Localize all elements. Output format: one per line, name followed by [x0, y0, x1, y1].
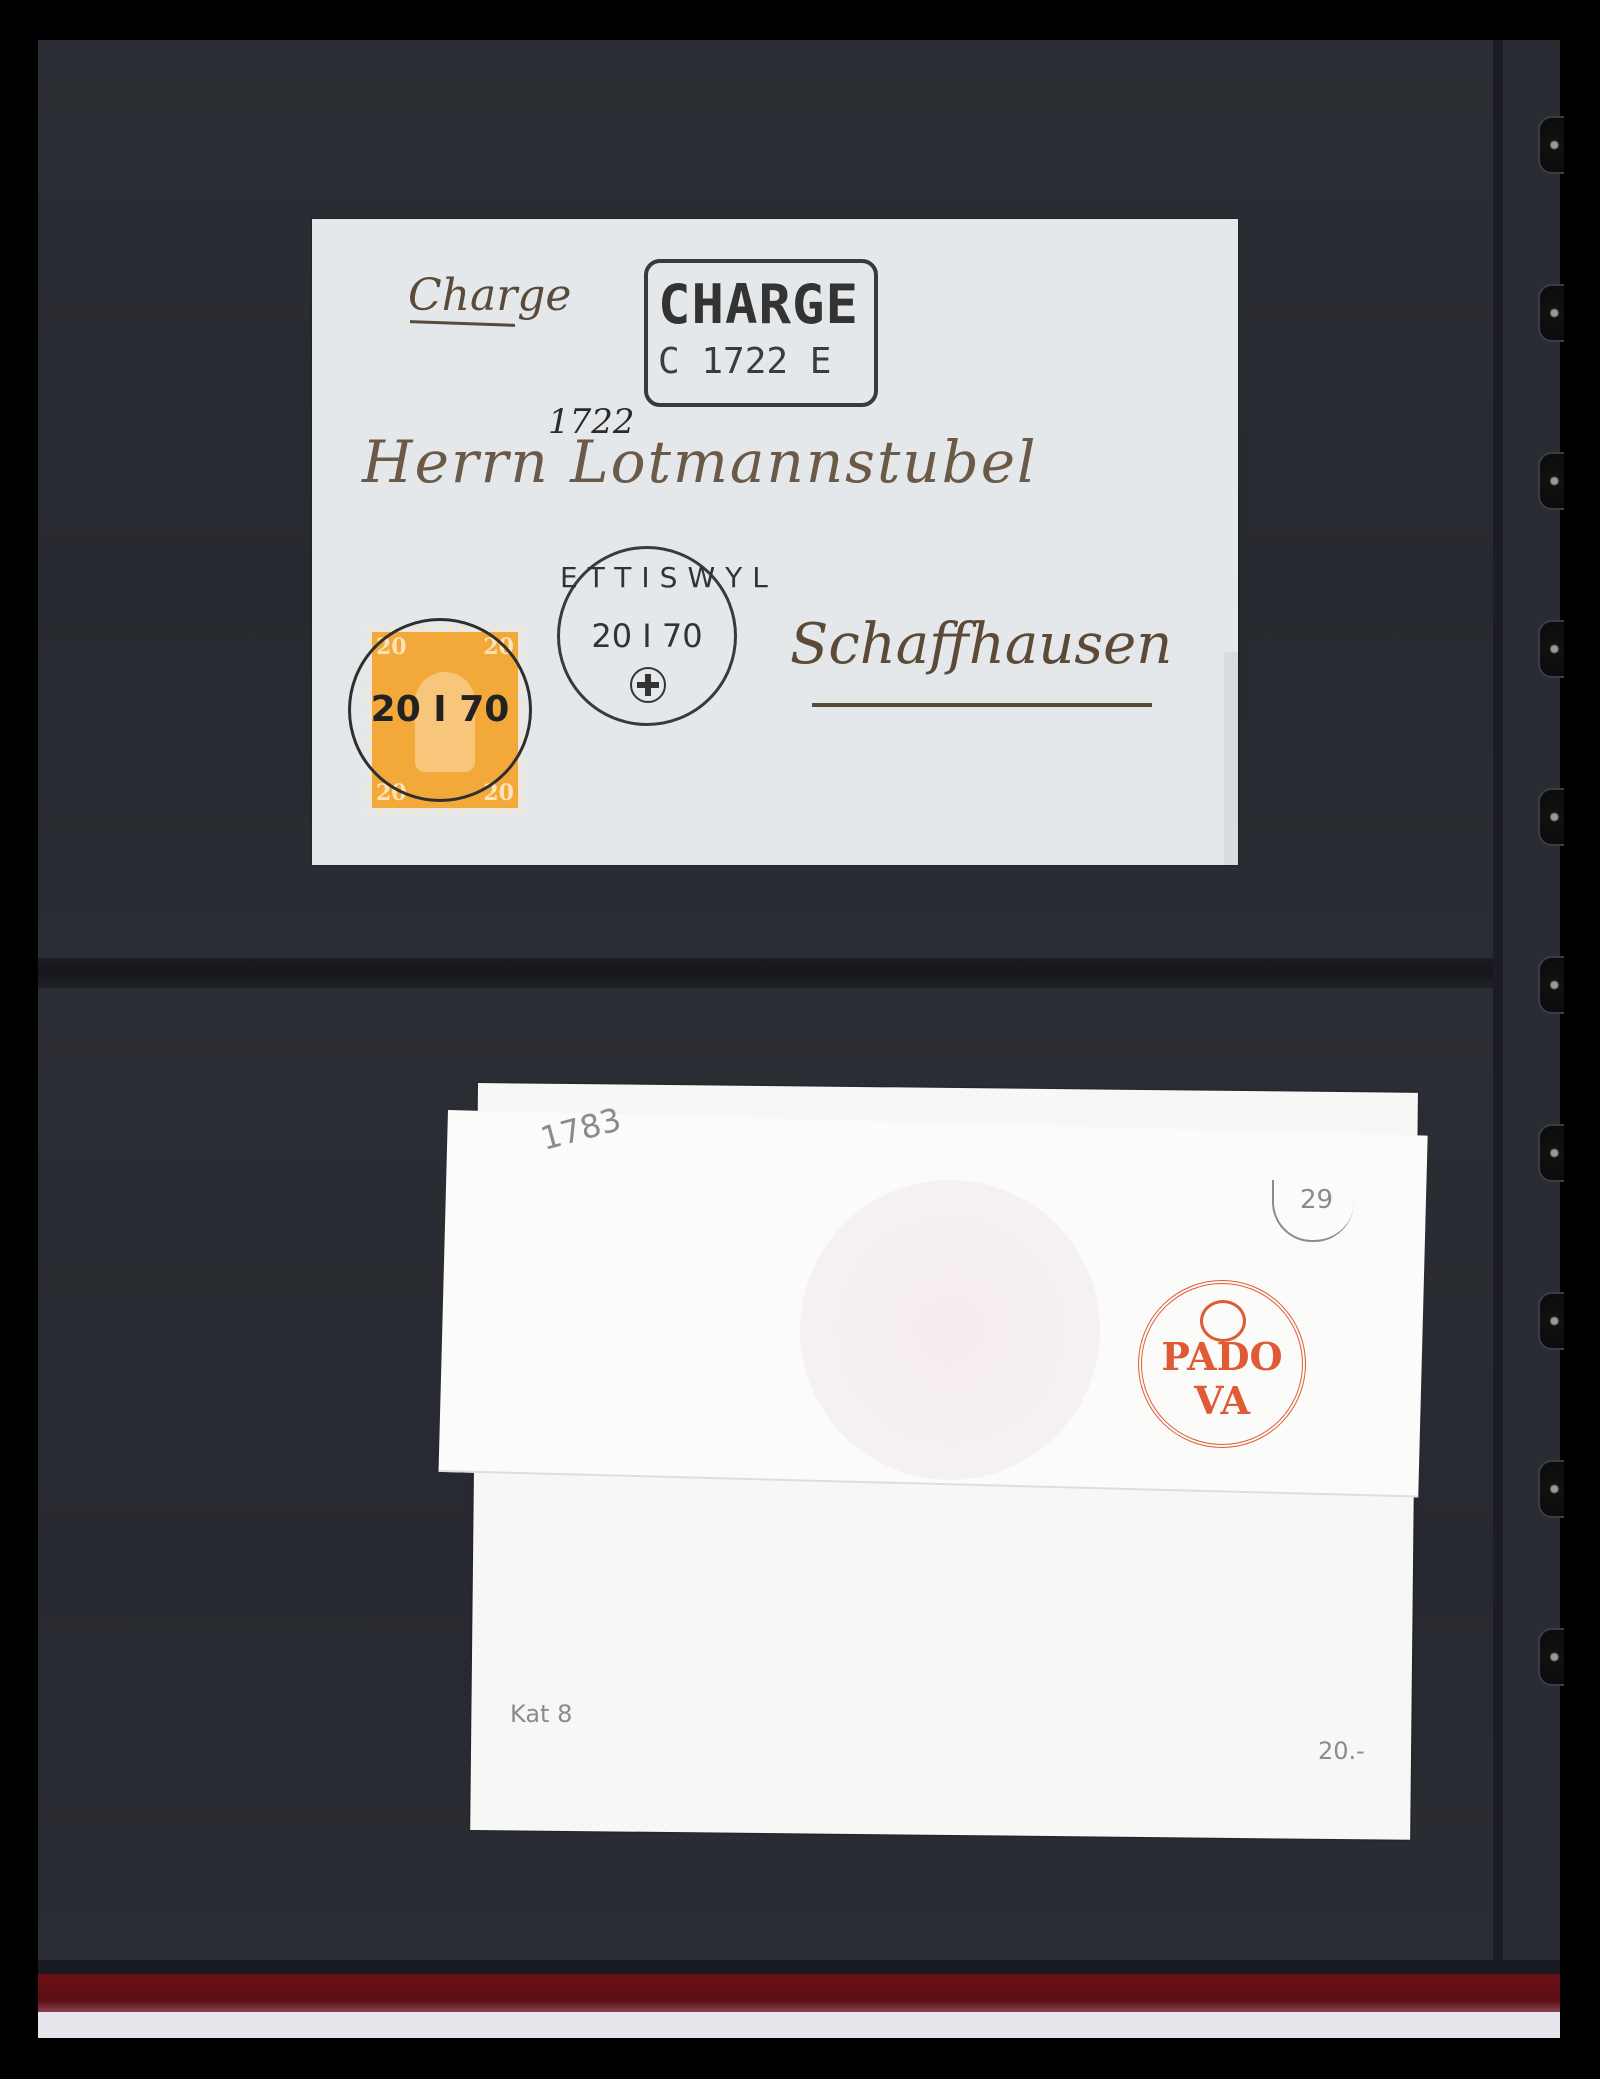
ring-hole	[1538, 1124, 1564, 1182]
postmark-town-line1: PADO	[1142, 1334, 1302, 1379]
spine-groove	[1493, 40, 1503, 1960]
stamp-cancellation: 20 I 70	[348, 618, 532, 802]
padova-postmark: PADO VA	[1138, 1280, 1306, 1448]
ring-hole	[1538, 1292, 1564, 1350]
handwritten-charge-label: Charge	[408, 270, 571, 321]
destination-underline	[812, 703, 1152, 707]
pencil-price: 20.-	[1318, 1737, 1365, 1765]
album-edge-white	[38, 2012, 1560, 2038]
addressee: Herrn Lotmannstubel	[362, 428, 1038, 496]
postmark-town: ETTISWYL	[560, 561, 734, 594]
ring-hole	[1538, 284, 1564, 342]
ring-hole	[1538, 620, 1564, 678]
cancel-date: 20 I 70	[351, 689, 529, 730]
ring-hole	[1538, 116, 1564, 174]
postmark-date: 20 I 70	[560, 617, 734, 655]
cachet-subline: C 1722 E	[658, 341, 831, 382]
destination: Schaffhausen	[790, 612, 1172, 677]
cachet-title: CHARGE	[658, 273, 859, 336]
album-edge-dark	[38, 1960, 1560, 1974]
ring-hole	[1538, 1628, 1564, 1686]
circular-date-stamp: ETTISWYL 20 I 70	[557, 546, 737, 726]
registration-cachet: CHARGE C 1722 E	[644, 259, 878, 407]
strip-divider	[38, 958, 1508, 990]
ring-hole	[1538, 788, 1564, 846]
ring-hole	[1538, 956, 1564, 1014]
swiss-cross-icon	[630, 667, 666, 703]
ring-hole	[1538, 1460, 1564, 1518]
seal-shadow	[800, 1180, 1100, 1480]
album-binding-red	[38, 1974, 1560, 2012]
cover-fold-edge	[1224, 652, 1238, 865]
ring-hole	[1538, 452, 1564, 510]
pencil-catalogue-note: Kat 8	[510, 1700, 572, 1728]
postmark-town-line2: VA	[1142, 1378, 1302, 1423]
